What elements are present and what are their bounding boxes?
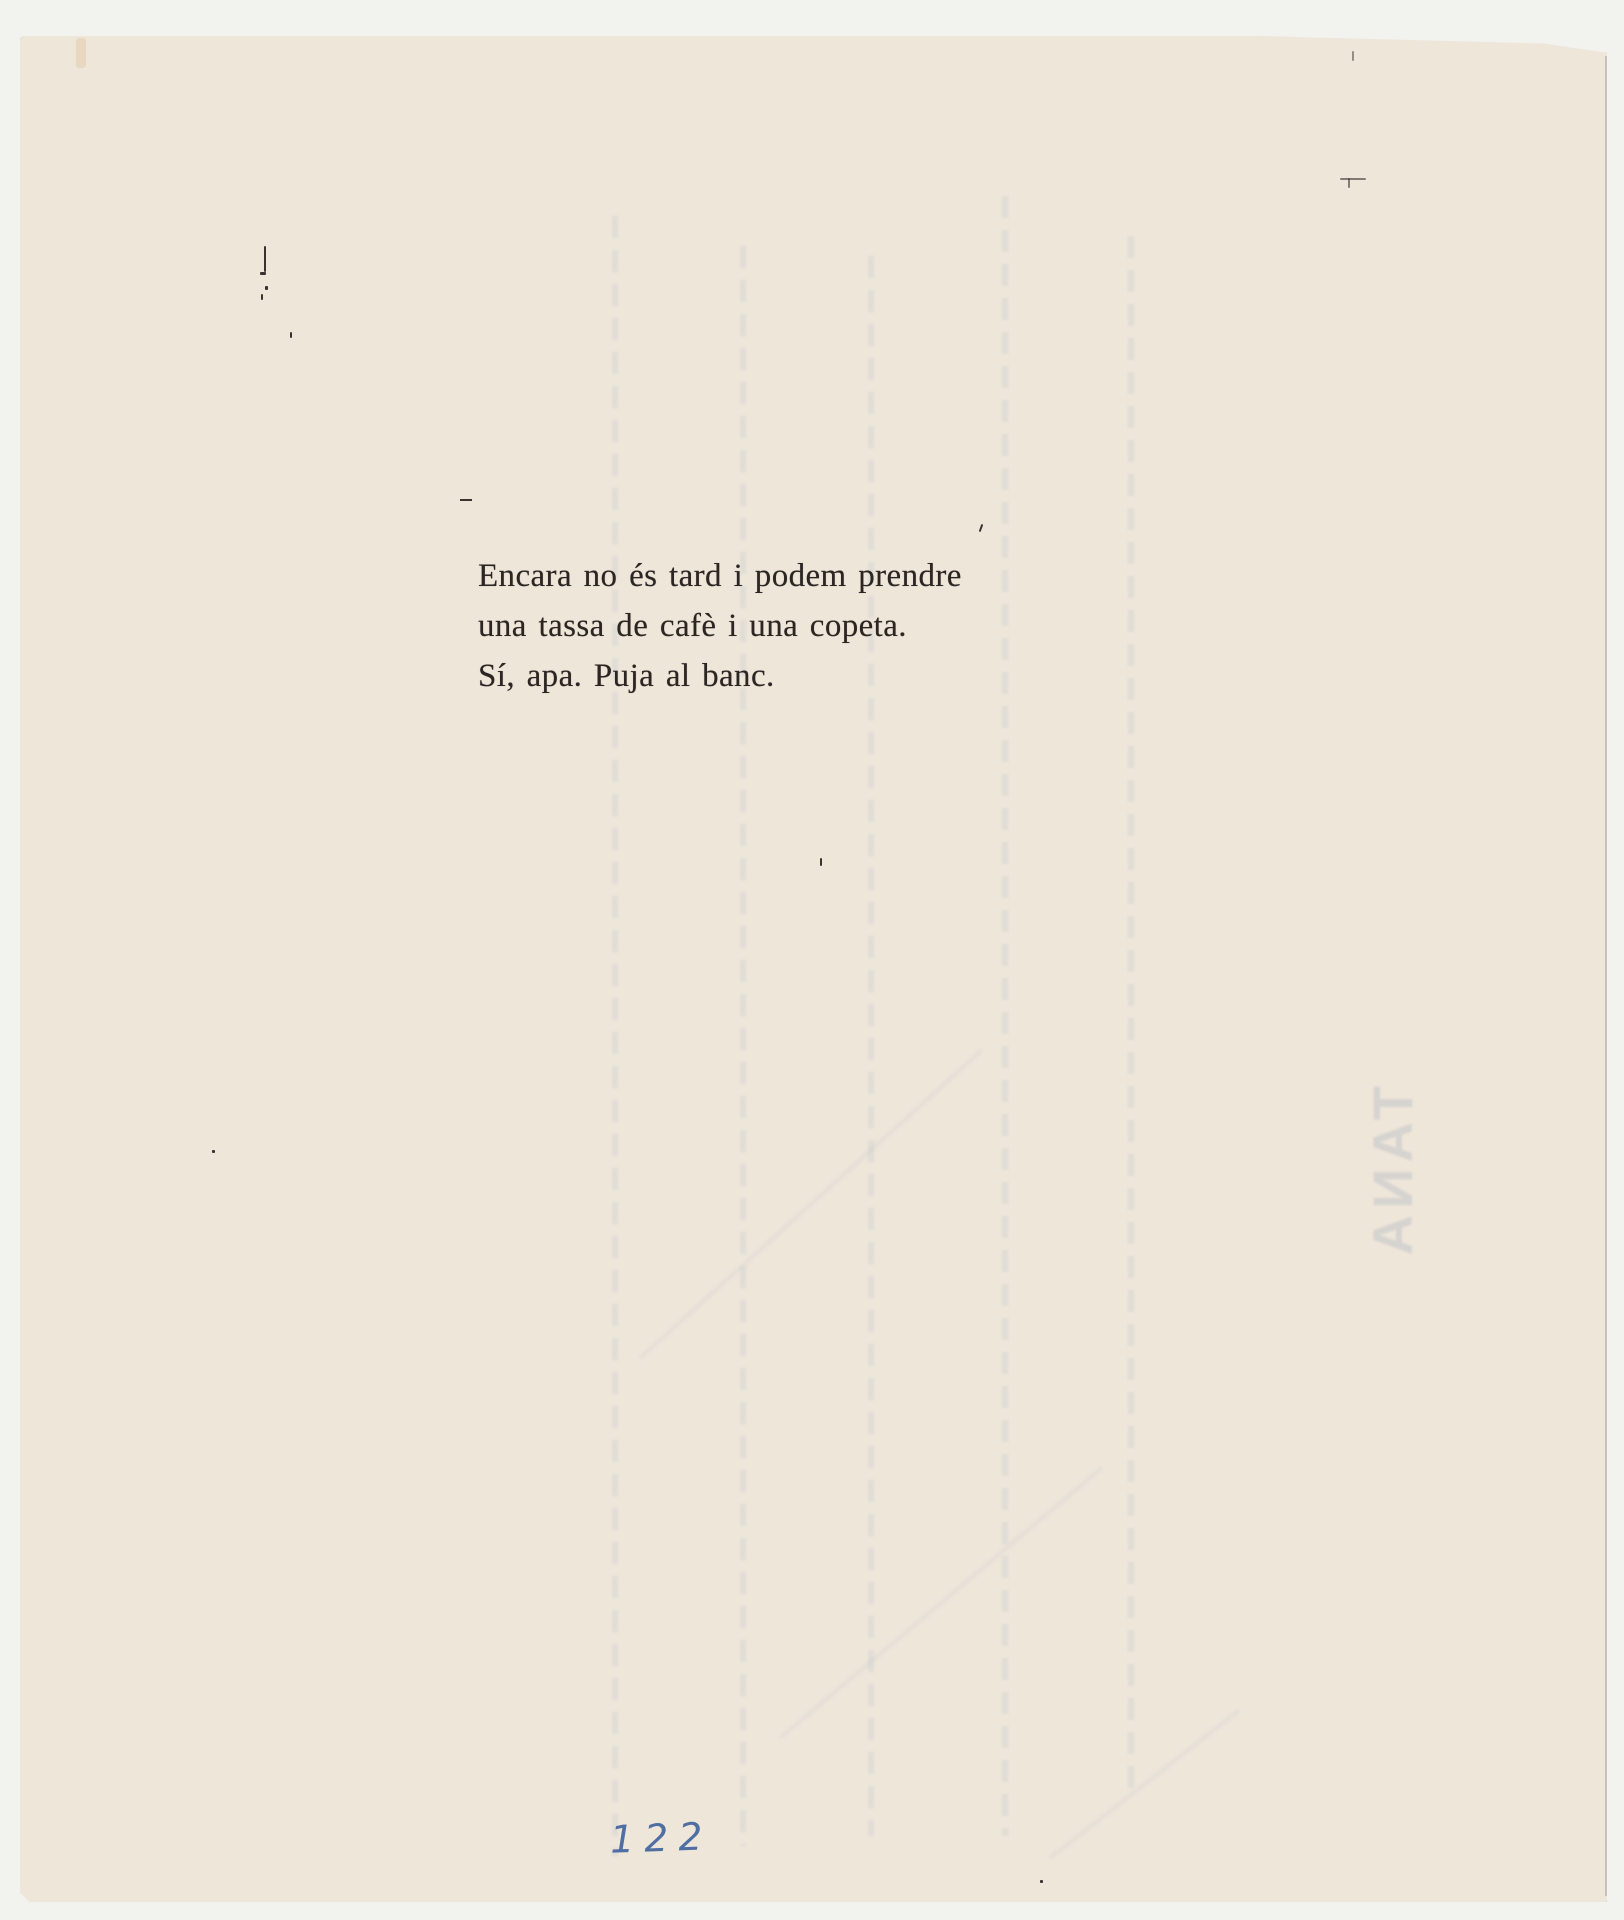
bleed-through-mark xyxy=(639,1049,984,1360)
bleed-through-stamp: TANA xyxy=(1360,1086,1430,1326)
pencil-mark xyxy=(1340,178,1366,180)
paper-stain xyxy=(76,38,86,68)
verse-line: una tassa de cafè i una copeta. xyxy=(478,601,962,651)
bleed-through-mark xyxy=(868,256,874,1836)
bleed-through-mark xyxy=(1002,196,1008,1836)
paper-sheet: TANA Encara no és tard i podem prendre u… xyxy=(20,36,1607,1902)
bleed-through-mark xyxy=(1049,1709,1241,1860)
bleed-through-mark xyxy=(779,1466,1103,1739)
speck xyxy=(979,524,984,532)
scan-background: TANA Encara no és tard i podem prendre u… xyxy=(0,0,1624,1920)
pencil-dash xyxy=(460,499,472,501)
pencil-mark xyxy=(260,272,266,275)
speck xyxy=(1040,1880,1043,1883)
pencil-mark xyxy=(264,246,266,272)
bleed-through-mark xyxy=(1128,236,1134,1796)
printed-verse: Encara no és tard i podem prendre una ta… xyxy=(478,551,962,701)
pencil-mark xyxy=(261,294,263,300)
bleed-through-mark xyxy=(740,246,746,1846)
pencil-mark xyxy=(290,332,292,338)
pencil-mark xyxy=(1352,51,1354,61)
bleed-through-mark xyxy=(612,216,618,1856)
speck xyxy=(820,858,822,866)
verse-line: Encara no és tard i podem prendre xyxy=(478,551,962,601)
pencil-mark xyxy=(265,286,268,290)
verse-line: Sí, apa. Puja al banc. xyxy=(478,651,962,701)
handwritten-page-number: 122 xyxy=(609,1814,713,1862)
speck xyxy=(212,1150,215,1153)
pencil-mark xyxy=(1348,178,1350,188)
paper-edge-shadow xyxy=(1605,56,1607,1896)
